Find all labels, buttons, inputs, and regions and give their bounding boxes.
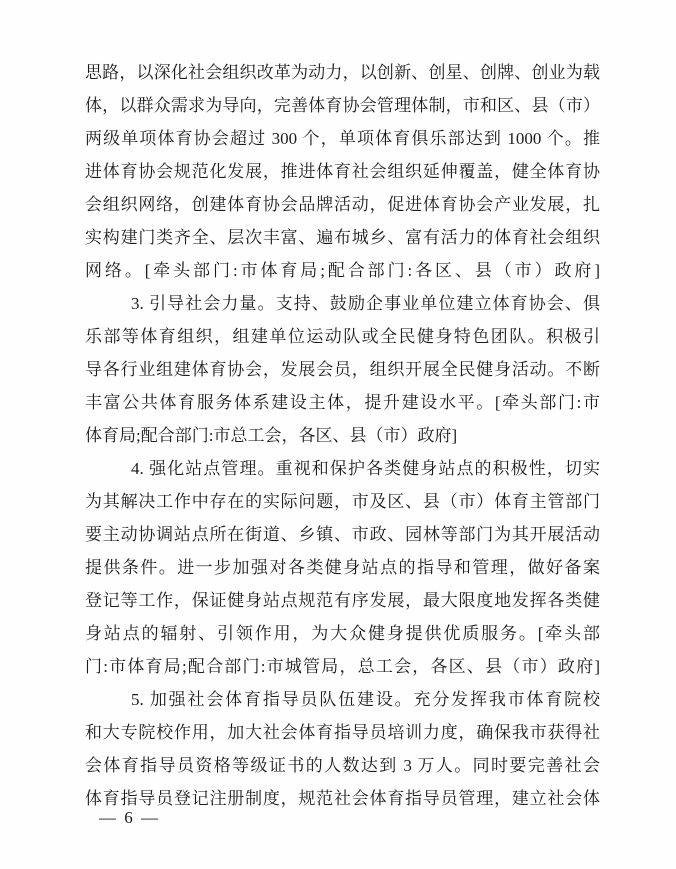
- text-line: 登记等工作，保证健身站点规范有序发展，最大限度地发挥各类健: [85, 584, 600, 617]
- text-line: 两级单项体育协会超过 300 个，单项体育俱乐部达到 1000 个。推: [85, 122, 600, 155]
- text-line: 乐部等体育组织，组建单位运动队或全民健身特色团队。积极引: [85, 320, 600, 353]
- paragraph-3: 3. 引导社会力量。支持、鼓励企事业单位建立体育协会、俱乐部等体育组织，组建单位…: [85, 287, 600, 452]
- text-line: 为其解决工作中存在的实际问题，市及区、县（市）体育主管部门: [85, 485, 600, 518]
- text-line: 要主动协调站点所在街道、乡镇、市政、园林等部门为其开展活动: [85, 518, 600, 551]
- text-line: 5. 加强社会体育指导员队伍建设。充分发挥我市体育院校: [85, 683, 600, 716]
- text-line: 进体育协会规范化发展，推进体育社会组织延伸覆盖，健全体育协: [85, 155, 600, 188]
- text-line: 网络。[牵头部门:市体育局;配合部门:各区、县（市）政府]: [85, 254, 600, 287]
- document-page: 思路，以深化社会组织改革为动力，以创新、创星、创牌、创业为载体，以群众需求为导向…: [0, 0, 676, 869]
- text-line: 思路，以深化社会组织改革为动力，以创新、创星、创牌、创业为载: [85, 56, 600, 89]
- text-line: 体，以群众需求为导向，完善体育协会管理体制，市和区、县（市）: [85, 89, 600, 122]
- text-line: 提供条件。进一步加强对各类健身站点的指导和管理，做好备案: [85, 551, 600, 584]
- paragraph-2-continuation: 思路，以深化社会组织改革为动力，以创新、创星、创牌、创业为载体，以群众需求为导向…: [85, 56, 600, 287]
- page-number: — 6 —: [99, 806, 160, 830]
- text-line: 会组织网络，创建体育协会品牌活动，促进体育协会产业发展，扎: [85, 188, 600, 221]
- paragraph-4: 4. 强化站点管理。重视和保护各类健身站点的积极性，切实为其解决工作中存在的实际…: [85, 452, 600, 683]
- document-body: 思路，以深化社会组织改革为动力，以创新、创星、创牌、创业为载体，以群众需求为导向…: [85, 56, 600, 815]
- text-line: 体育局;配合部门:市总工会，各区、县（市）政府]: [85, 419, 600, 452]
- text-line: 体育指导员登记注册制度，规范社会体育指导员管理，建立社会体: [85, 782, 600, 815]
- paragraph-5: 5. 加强社会体育指导员队伍建设。充分发挥我市体育院校和大专院校作用，加大社会体…: [85, 683, 600, 815]
- text-line: 实构建门类齐全、层次丰富、遍布城乡、富有活力的体育社会组织: [85, 221, 600, 254]
- text-line: 和大专院校作用，加大社会体育指导员培训力度，确保我市获得社: [85, 716, 600, 749]
- text-line: 3. 引导社会力量。支持、鼓励企事业单位建立体育协会、俱: [85, 287, 600, 320]
- text-line: 导各行业组建体育协会，发展会员，组织开展全民健身活动。不断: [85, 353, 600, 386]
- text-line: 门:市体育局;配合部门:市城管局，总工会，各区、县（市）政府]: [85, 650, 600, 683]
- text-line: 会体育指导员资格等级证书的人数达到 3 万人。同时要完善社会: [85, 749, 600, 782]
- text-line: 4. 强化站点管理。重视和保护各类健身站点的积极性，切实: [85, 452, 600, 485]
- text-line: 身站点的辐射、引领作用，为大众健身提供优质服务。[牵头部: [85, 617, 600, 650]
- text-line: 丰富公共体育服务体系建设主体，提升建设水平。[牵头部门:市: [85, 386, 600, 419]
